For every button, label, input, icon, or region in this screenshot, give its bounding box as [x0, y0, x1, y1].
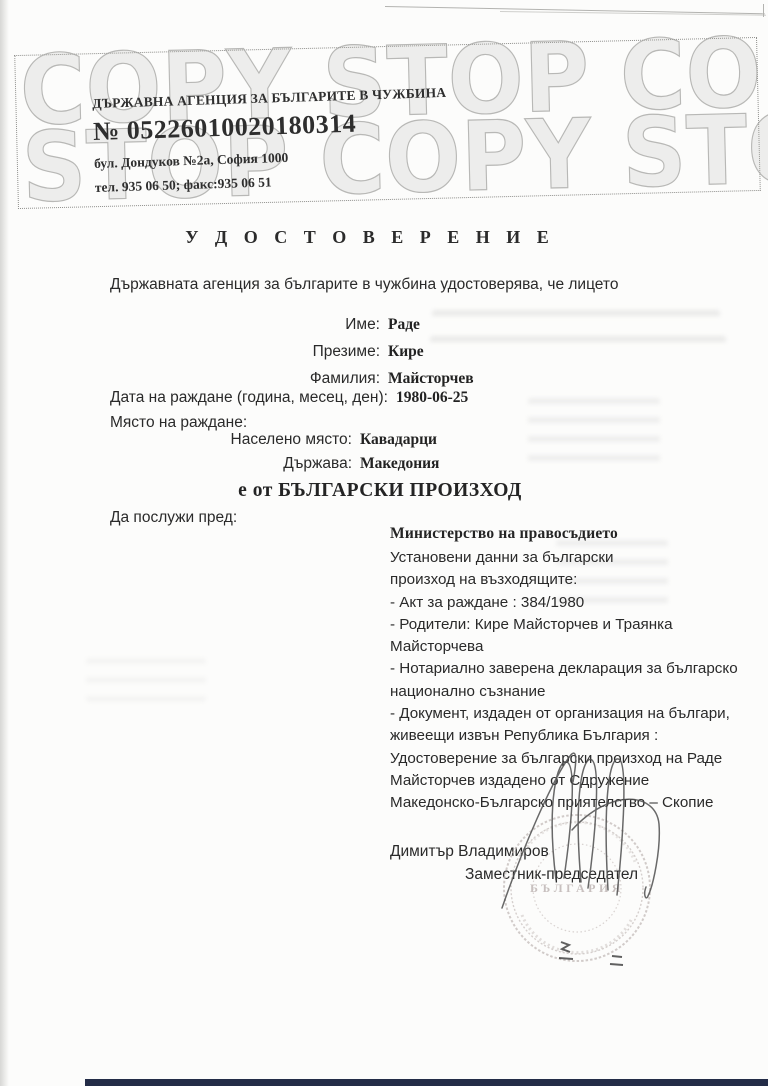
settlement-label: Населено място:	[150, 431, 352, 449]
name-value: Раде	[388, 316, 420, 334]
round-stamp: БЪЛГАРИЯ	[504, 815, 650, 961]
birthdate-value: 1980-06-25	[396, 389, 468, 406]
official-stamp-and-signature: БЪЛГАРИЯ	[460, 740, 700, 980]
bleed-through-smudge	[86, 658, 206, 702]
scan-bottom-dark-strip	[85, 1079, 768, 1086]
birthdate-label: Дата на раждане (година, месец, ден):	[110, 389, 388, 406]
scanned-certificate-page: COPY STOP COP STOP COPY STO ДЪРЖАВНА АГЕ…	[0, 0, 768, 1086]
agency-address: бул. Дондуков №2а, София 1000	[94, 144, 474, 172]
purpose-line: Майсторчева	[390, 636, 740, 658]
birthdate-row: Дата на раждане (година, месец, ден):198…	[110, 389, 468, 407]
country-label: Държава:	[150, 455, 352, 473]
bleed-through-smudge	[528, 398, 660, 470]
document-title: У Д О С Т О В Е Р Е Н И Е	[170, 227, 570, 248]
purpose-line: - Нотариално заверена декларация за бълг…	[390, 658, 740, 680]
certificate-number: № 05226010020180314	[93, 105, 474, 147]
bleed-through-smudge	[430, 336, 726, 347]
purpose-line: национално съзнание	[390, 681, 740, 703]
scan-left-edge-shadow	[0, 0, 9, 1086]
middle-name-value: Кире	[388, 343, 424, 361]
intro-statement: Държавната агенция за българите в чужбин…	[110, 276, 618, 294]
settlement-value: Кавадарци	[360, 431, 437, 449]
stamp-country-text: БЪЛГАРИЯ	[530, 881, 624, 895]
scan-top-artifact-tick	[763, 4, 764, 17]
purpose-line: произход на възходящите:	[390, 569, 740, 591]
letterhead: ДЪРЖАВНА АГЕНЦИЯ ЗА БЪЛГАРИТЕ В ЧУЖБИНА …	[92, 84, 475, 196]
purpose-line: - Документ, издаден от организация на бъ…	[390, 703, 740, 725]
middle-name-label: Презиме:	[150, 343, 380, 361]
bleed-through-smudge	[432, 310, 720, 322]
origin-statement: е от БЪЛГАРСКИ ПРОИЗХОД	[180, 480, 580, 502]
purpose-label: Да послужи пред:	[110, 509, 237, 527]
family-name-value: Майсторчев	[388, 370, 474, 388]
purpose-heading: Министерство на правосъдието	[390, 525, 740, 543]
family-name-label: Фамилия:	[150, 370, 380, 388]
ink-marks	[559, 942, 623, 965]
country-value: Македония	[360, 455, 439, 473]
purpose-line: Установени данни за български	[390, 547, 740, 569]
purpose-line: - Родители: Кире Майсторчев и Траянка	[390, 614, 740, 636]
name-label: Име:	[150, 316, 380, 334]
birthplace-label: Място на раждане:	[110, 414, 247, 432]
purpose-line: - Акт за раждане : 384/1980	[390, 592, 740, 614]
